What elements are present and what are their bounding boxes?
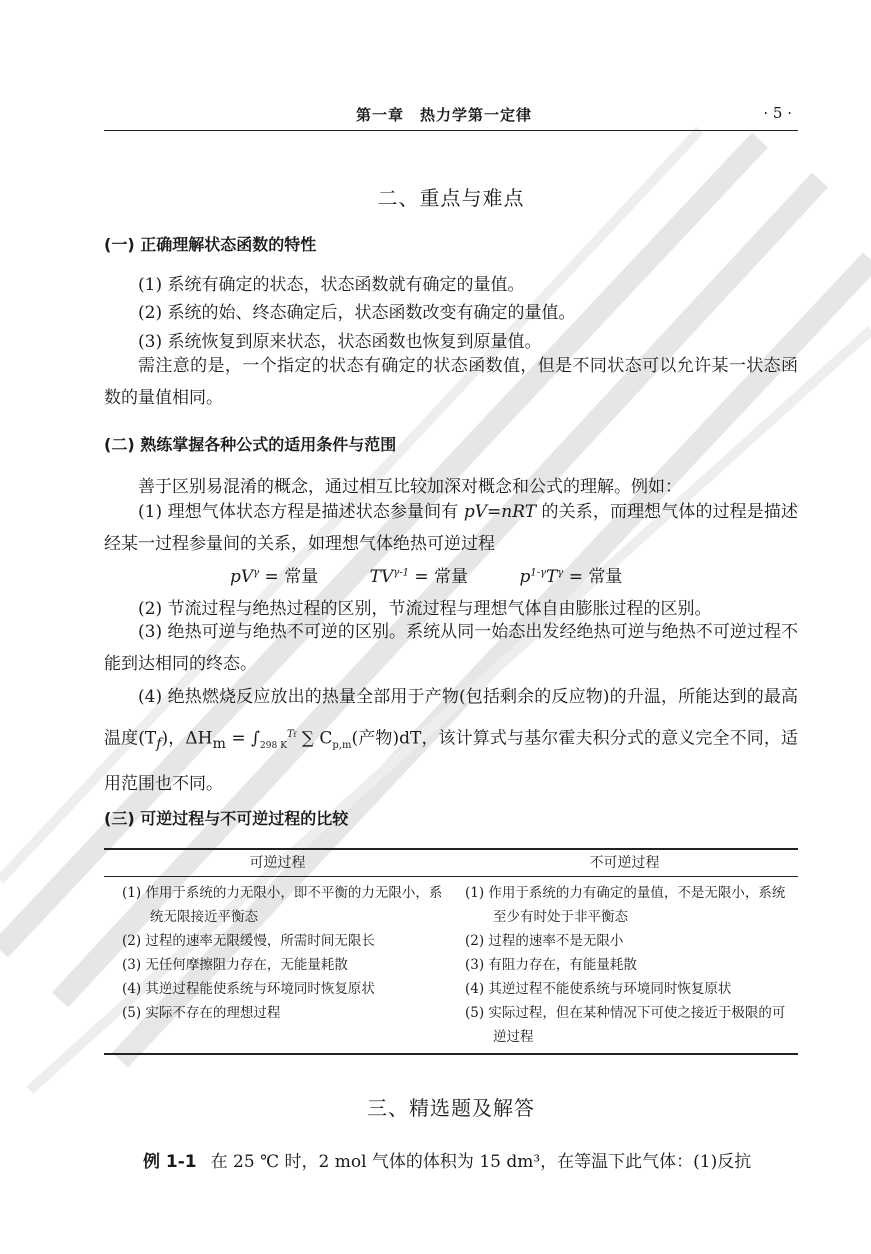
example-1-1: 例 1-1在 25 ℃ 时，2 mol 气体的体积为 15 dm³，在等温下此气…	[143, 1147, 751, 1172]
ideal-gas-equation: pV=nRT	[464, 502, 536, 522]
column-header-reversible: 可逆过程	[104, 850, 451, 876]
section-title-key-points: 二、重点与难点	[104, 182, 798, 211]
table-cell: (4) 其逆过程不能使系统与环境同时恢复原状	[455, 977, 798, 1001]
textbook-page: 第一章 热力学第一定律 · 5 · 二、重点与难点 (一) 正确理解状态函数的特…	[0, 0, 871, 1254]
list-item: (2) 系统的始、终态确定后，状态函数改变有确定的量值。	[138, 298, 575, 323]
table-cell: (3) 无任何摩擦阻力存在，无能量耗散	[112, 953, 451, 977]
table-cell: (2) 过程的速率不是无限小	[455, 929, 798, 953]
paragraph-item-1: (1) 理想气体状态方程是描述状态参量间有 pV=nRT 的关系，而理想气体的过…	[104, 496, 798, 560]
formula: TVγ-1 = 常量	[370, 562, 468, 587]
table-header: 可逆过程 不可逆过程	[104, 850, 798, 877]
table-body: (1) 作用于系统的力无限小，即不平衡的力无限小，系统无限接近平衡态 (2) 过…	[104, 877, 798, 1053]
subsection-title-formulas: (二) 熟练掌握各种公式的适用条件与范围	[104, 432, 396, 455]
paragraph-item-3: (3) 绝热可逆与绝热不可逆的区别。系统从同一始态出发经绝热可逆与绝热不可逆过程…	[104, 616, 798, 680]
section-title-problems: 三、精选题及解答	[104, 1092, 798, 1121]
intro-paragraph: 善于区别易混淆的概念，通过相互比较加深对概念和公式的理解。例如：	[138, 472, 682, 497]
irreversible-column: (1) 作用于系统的力有确定的量值，不是无限小，系统至少有时处于非平衡态 (2)…	[451, 881, 798, 1049]
list-item: (3) 系统恢复到原来状态，状态函数也恢复到原量值。	[138, 327, 541, 352]
page-number: · 5 ·	[763, 104, 792, 122]
table-cell: (2) 过程的速率无限缓慢，所需时间无限长	[112, 929, 451, 953]
chapter-title: 第一章 热力学第一定律	[356, 104, 532, 125]
formula: pVγ = 常量	[230, 562, 318, 587]
paragraph-item-4: (4) 绝热燃烧反应放出的热量全部用于产物(包括剩余的反应物)的升温，所能达到的…	[104, 678, 798, 803]
table-cell: (1) 作用于系统的力无限小，即不平衡的力无限小，系统无限接近平衡态	[112, 881, 451, 929]
running-header: 第一章 热力学第一定律 · 5 ·	[104, 104, 798, 131]
table-cell: (3) 有阻力存在，有能量耗散	[455, 953, 798, 977]
example-label: 例 1-1	[143, 1152, 197, 1172]
adiabatic-formulas: pVγ = 常量 TVγ-1 = 常量 p1-γTγ = 常量	[230, 562, 668, 587]
column-header-irreversible: 不可逆过程	[451, 850, 798, 876]
reversible-column: (1) 作用于系统的力无限小，即不平衡的力无限小，系统无限接近平衡态 (2) 过…	[104, 881, 451, 1049]
example-text: 在 25 ℃ 时，2 mol 气体的体积为 15 dm³，在等温下此气体：(1)…	[211, 1152, 752, 1172]
formula: p1-γTγ = 常量	[519, 562, 622, 587]
subsection-title-state-functions: (一) 正确理解状态函数的特性	[104, 232, 316, 255]
table-cell: (5) 实际过程，但在某种情况下可使之接近于极限的可逆过程	[455, 1001, 798, 1049]
note-paragraph: 需注意的是，一个指定的状态有确定的状态函数值，但是不同状态可以允许某一状态函数的…	[104, 350, 798, 414]
subsection-title-comparison: (三) 可逆过程与不可逆过程的比较	[104, 806, 348, 829]
comparison-table: 可逆过程 不可逆过程 (1) 作用于系统的力无限小，即不平衡的力无限小，系统无限…	[104, 848, 798, 1055]
table-cell: (4) 其逆过程能使系统与环境同时恢复原状	[112, 977, 451, 1001]
table-cell: (5) 实际不存在的理想过程	[112, 1001, 451, 1025]
table-cell: (1) 作用于系统的力有确定的量值，不是无限小，系统至少有时处于非平衡态	[455, 881, 798, 929]
list-item: (1) 系统有确定的状态，状态函数就有确定的量值。	[138, 270, 524, 295]
